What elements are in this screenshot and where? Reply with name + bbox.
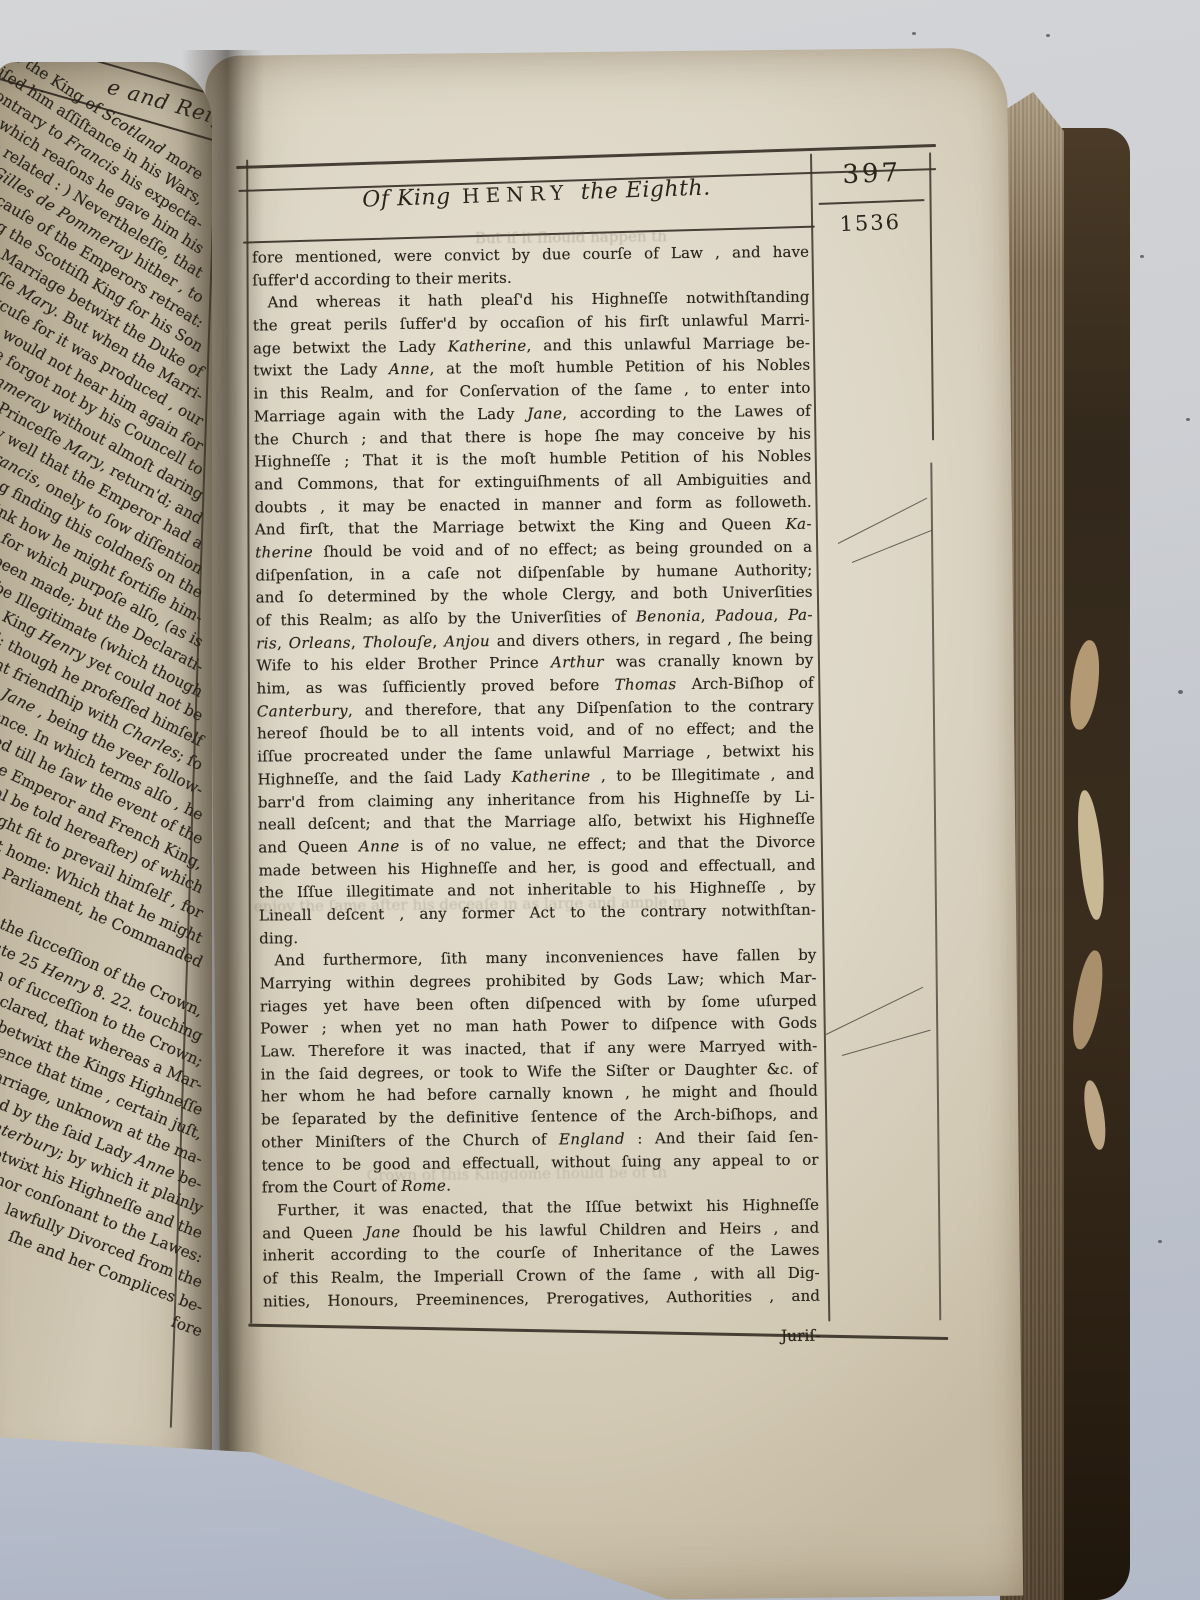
right-border-rule bbox=[929, 152, 934, 440]
ghost-lines: But if it ſhould happen thenjoy the ſame… bbox=[205, 48, 1007, 56]
page-number: 397 bbox=[814, 157, 930, 191]
dust-speck bbox=[1178, 690, 1183, 694]
dust-speck bbox=[1046, 34, 1050, 37]
dust-speck bbox=[912, 32, 916, 35]
running-title-name: HENRY bbox=[462, 180, 570, 208]
left-page-lines: h and love the King of Scotland moreromi… bbox=[0, 62, 212, 1452]
left-page-line: fore bbox=[169, 1313, 205, 1341]
right-page: Of King HENRY the Eighth. 397 1536 But i… bbox=[205, 48, 1023, 1600]
dust-speck bbox=[1186, 418, 1190, 421]
left-column-rule bbox=[246, 160, 252, 1324]
margin-year: 1536 bbox=[812, 209, 928, 237]
body-lines: fore mentioned, were convict by due cour… bbox=[252, 241, 820, 1313]
page-number-rule bbox=[819, 199, 925, 205]
running-title-suffix: the Eighth. bbox=[580, 175, 711, 205]
dust-speck bbox=[1158, 1240, 1162, 1243]
dust-speck bbox=[1140, 255, 1144, 258]
catchword: Juriſ- bbox=[263, 1327, 820, 1351]
printed-frame: Of King HENRY the Eighth. 397 1536 But i… bbox=[205, 48, 1023, 1600]
left-page: e and Reign h and love the King of Scotl… bbox=[0, 62, 212, 1452]
right-border-rule bbox=[930, 462, 941, 1320]
running-title: Of King HENRY the Eighth. bbox=[266, 172, 807, 216]
running-title-prefix: Of King bbox=[362, 185, 451, 213]
book-photo: { "colors":{ "ink":"#2a241c","rule":"#3a… bbox=[0, 0, 1200, 1600]
